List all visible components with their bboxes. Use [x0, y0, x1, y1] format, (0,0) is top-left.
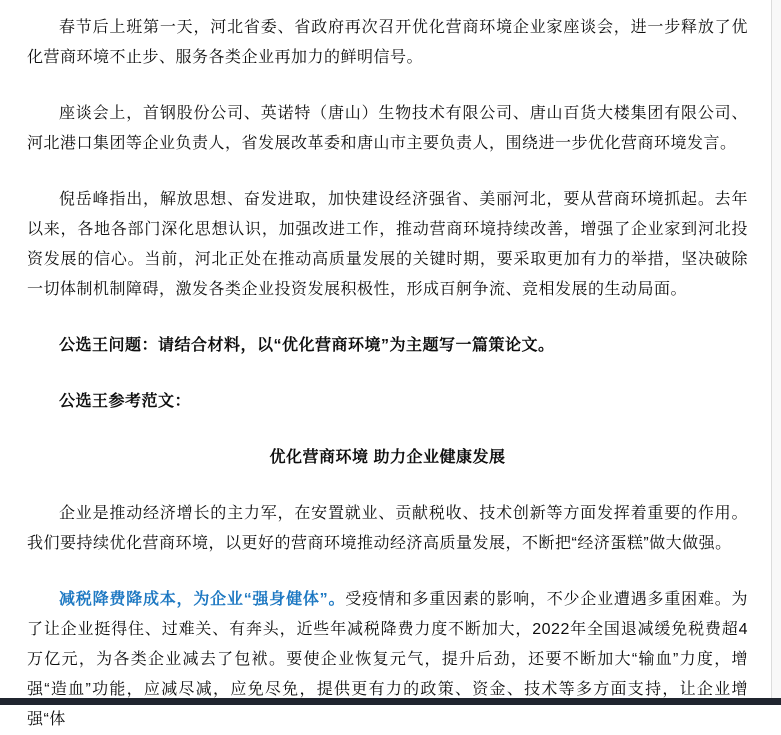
essay-title: 优化营商环境 助力企业健康发展 — [27, 443, 748, 473]
document-page: 春节后上班第一天，河北省委、省政府再次召开优化营商环境企业家座谈会，进一步释放了… — [0, 0, 770, 705]
essay-paragraph-1: 企业是推动经济增长的主力军，在安置就业、贡献税收、技术创新等方面发挥着重要的作用… — [27, 499, 748, 559]
essay-paragraph-2-lead: 减税降费降成本，为企业“强身健体”。 — [59, 591, 345, 608]
essay-paragraph-2-body: 受疫情和多重因素的影响，不少企业遭遇多重困难。为了让企业挺得住、过难关、有奔头，… — [27, 591, 748, 705]
exam-question: 公选王问题：请结合材料，以“优化营商环境”为主题写一篇策论文。 — [27, 331, 748, 361]
paragraph-news-1: 春节后上班第一天，河北省委、省政府再次召开优化营商环境企业家座谈会，进一步释放了… — [27, 13, 748, 73]
paragraph-news-3: 倪岳峰指出，解放思想、奋发进取，加快建设经济强省、美丽河北，要从营商环境抓起。去… — [27, 185, 748, 305]
essay-paragraph-2: 减税降费降成本，为企业“强身健体”。受疫情和多重因素的影响，不少企业遭遇多重困难… — [27, 585, 748, 705]
bottom-window-edge-bar — [0, 698, 781, 705]
paragraph-news-2: 座谈会上，首钢股份公司、英诺特（唐山）生物技术有限公司、唐山百货大楼集团有限公司… — [27, 99, 748, 159]
reference-essay-label: 公选王参考范文： — [27, 387, 748, 417]
page-right-margin — [771, 0, 781, 705]
